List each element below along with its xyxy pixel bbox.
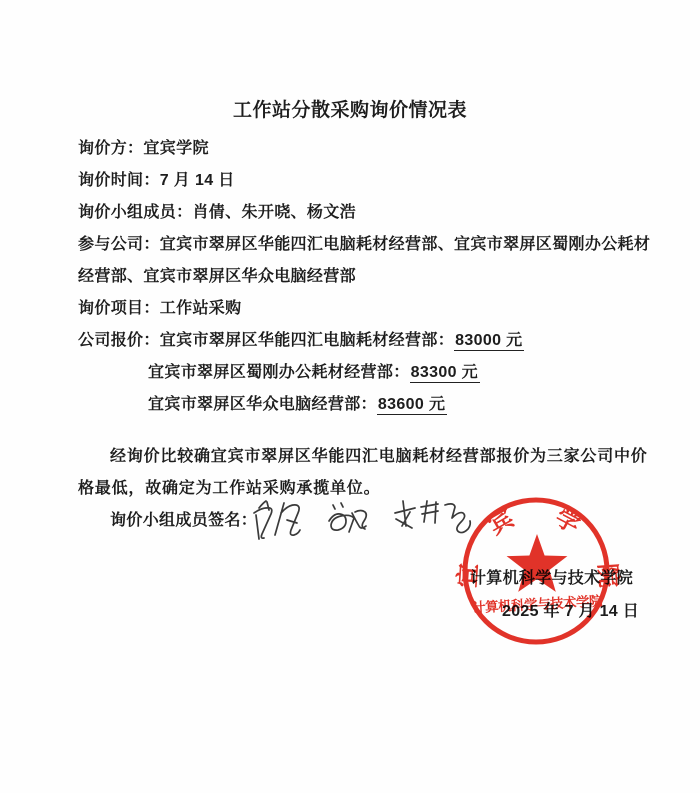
line-quote-3: 宜宾市翠屏区华众电脑经营部：83600 元 xyxy=(148,395,447,414)
signature-xiao-qian xyxy=(254,501,300,539)
seal-star-icon xyxy=(507,534,568,592)
seal-ring-char-3: 学 xyxy=(551,504,585,539)
line-team-members: 询价小组成员：肖倩、朱开哓、杨文浩 xyxy=(78,203,356,222)
signature-yang-wenhao xyxy=(329,503,366,532)
line-quote-2: 宜宾市翠屏区蜀刚办公耗材经营部：83300 元 xyxy=(148,363,480,382)
signatures-group xyxy=(240,492,475,550)
seal-inner-text: 计算机科学与技术学院 xyxy=(472,593,604,616)
university-seal: 宜 宾 学 院 计算机科学与技术学院 xyxy=(448,482,626,660)
signature-label: 询价小组成员签名： xyxy=(110,511,257,530)
quote-3-price: 83600 元 xyxy=(377,396,447,415)
quote-3-company: 宜宾市翠屏区华众电脑经营部： xyxy=(148,396,377,413)
quote-2-price: 83300 元 xyxy=(410,364,480,383)
seal-ring-char-1: 宜 xyxy=(454,563,483,589)
quote-1-price: 83000 元 xyxy=(454,332,524,351)
line-project: 询价项目：工作站采购 xyxy=(78,299,242,318)
seal-ring-char-4: 院 xyxy=(593,563,622,589)
quote-2-company: 宜宾市翠屏区蜀刚办公耗材经营部： xyxy=(148,364,410,381)
line-quote-1: 公司报价：宜宾市翠屏区华能四汇电脑耗材经营部：83000 元 xyxy=(78,331,524,350)
line-companies-2: 经营部、宜宾市翠屏区华众电脑经营部 xyxy=(78,267,356,286)
line-companies-1: 参与公司：宜宾市翠屏区华能四汇电脑耗材经营部、宜宾市翠屏区蜀刚办公耗材 xyxy=(78,235,650,254)
conclusion-line-1: 经询价比较确宜宾市翠屏区华能四汇电脑耗材经营部报价为三家公司中价 xyxy=(110,447,648,466)
quotes-label: 公司报价： xyxy=(78,332,160,349)
line-inquiry-date: 询价时间：7 月 14 日 xyxy=(78,171,235,190)
document-page: 工作站分散采购询价情况表 询价方：宜宾学院 询价时间：7 月 14 日 询价小组… xyxy=(0,0,700,793)
quote-1-company: 宜宾市翠屏区华能四汇电脑耗材经营部： xyxy=(160,332,454,349)
document-title: 工作站分散采购询价情况表 xyxy=(233,95,467,122)
line-inquirer: 询价方：宜宾学院 xyxy=(78,139,209,158)
seal-ring-char-2: 宾 xyxy=(484,504,519,540)
